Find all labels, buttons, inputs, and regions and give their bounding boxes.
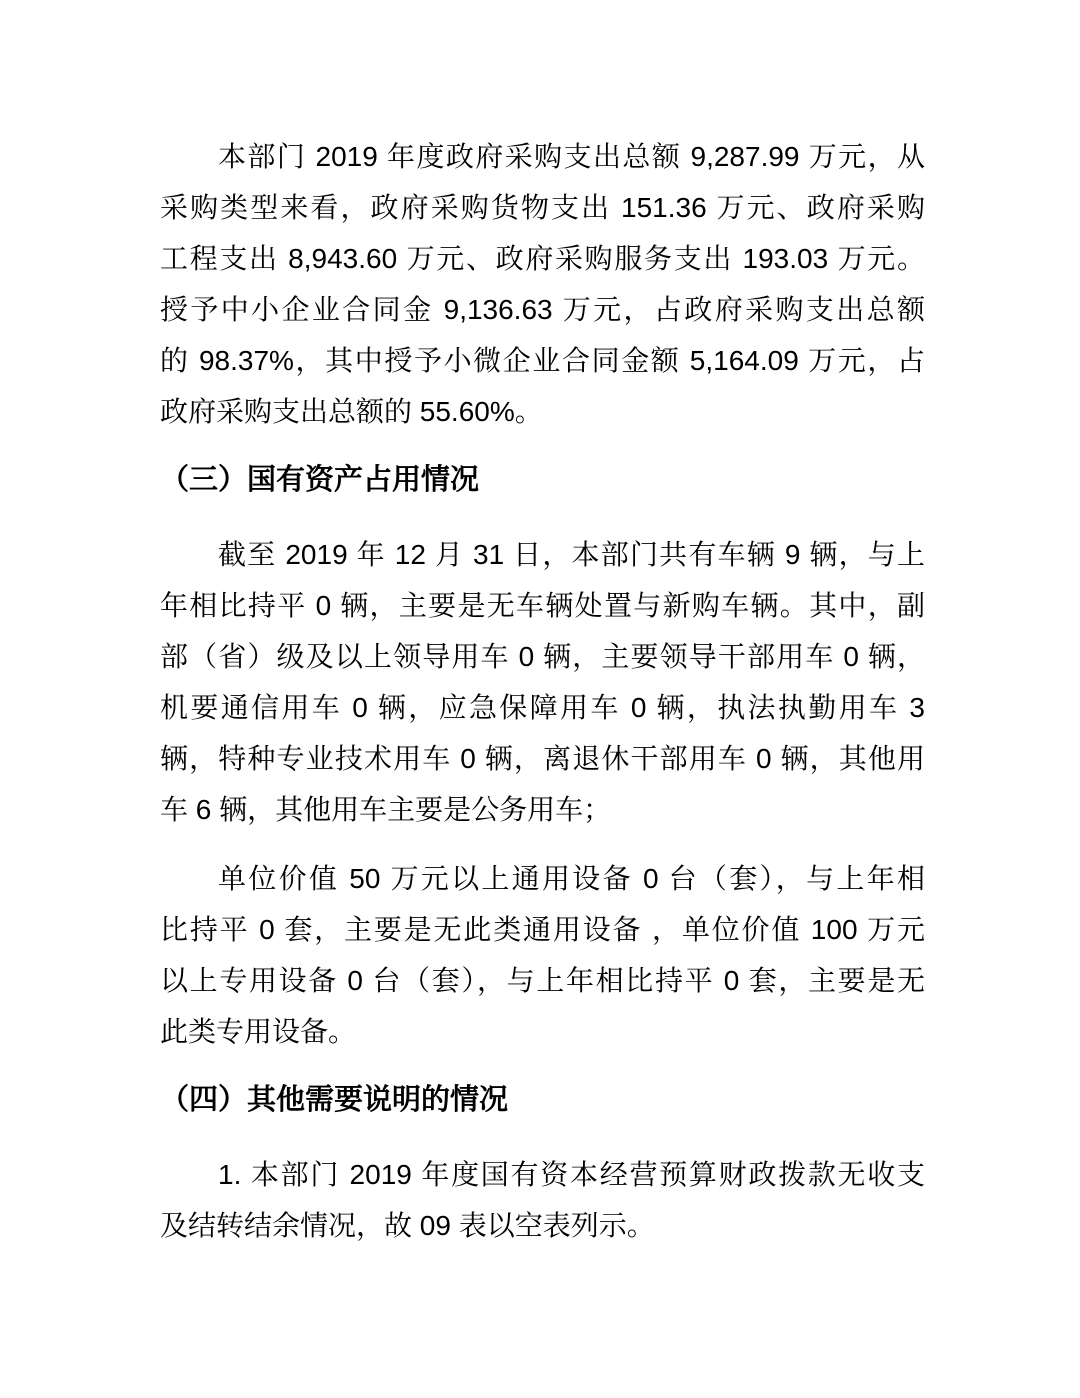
paragraph-line: 截至 2019 年 12 月 31 日，本部门共有车辆 9 辆，与上: [160, 529, 925, 580]
paragraph-line: 的 98.37%，其中授予小微企业合同金额 5,164.09 万元，占: [160, 335, 925, 386]
paragraph-line: 单位价值 50 万元以上通用设备 0 台（套），与上年相: [160, 853, 925, 904]
document-content: 本部门 2019 年度政府采购支出总额 9,287.99 万元，从 采购类型来看…: [0, 0, 1080, 1251]
paragraph-line: 此类专用设备。: [160, 1006, 925, 1057]
paragraph-line: 1. 本部门 2019 年度国有资本经营预算财政拨款无收支: [160, 1149, 925, 1200]
section-heading-other-notes: （四）其他需要说明的情况: [160, 1075, 925, 1126]
paragraph-line: 本部门 2019 年度政府采购支出总额 9,287.99 万元，从: [160, 131, 925, 182]
paragraph-vehicles: 截至 2019 年 12 月 31 日，本部门共有车辆 9 辆，与上 年相比持平…: [160, 529, 925, 835]
document-page: 本部门 2019 年度政府采购支出总额 9,287.99 万元，从 采购类型来看…: [0, 0, 1080, 1398]
paragraph-procurement-summary: 本部门 2019 年度政府采购支出总额 9,287.99 万元，从 采购类型来看…: [160, 131, 925, 437]
paragraph-other-note-1: 1. 本部门 2019 年度国有资本经营预算财政拨款无收支 及结转结余情况，故 …: [160, 1149, 925, 1251]
paragraph-line: 工程支出 8,943.60 万元、政府采购服务支出 193.03 万元。: [160, 233, 925, 284]
paragraph-line: 部（省）级及以上领导用车 0 辆，主要领导干部用车 0 辆，: [160, 631, 925, 682]
paragraph-line: 政府采购支出总额的 55.60%。: [160, 386, 925, 437]
paragraph-equipment: 单位价值 50 万元以上通用设备 0 台（套），与上年相 比持平 0 套，主要是…: [160, 853, 925, 1057]
paragraph-line: 机要通信用车 0 辆，应急保障用车 0 辆，执法执勤用车 3: [160, 682, 925, 733]
paragraph-line: 以上专用设备 0 台（套），与上年相比持平 0 套，主要是无: [160, 955, 925, 1006]
paragraph-line: 车 6 辆，其他用车主要是公务用车；: [160, 784, 925, 835]
paragraph-line: 及结转结余情况，故 09 表以空表列示。: [160, 1200, 925, 1251]
paragraph-line: 年相比持平 0 辆，主要是无车辆处置与新购车辆。其中，副: [160, 580, 925, 631]
paragraph-line: 采购类型来看，政府采购货物支出 151.36 万元、政府采购: [160, 182, 925, 233]
paragraph-line: 比持平 0 套，主要是无此类通用设备 ，单位价值 100 万元: [160, 904, 925, 955]
paragraph-line: 辆，特种专业技术用车 0 辆，离退休干部用车 0 辆，其他用: [160, 733, 925, 784]
paragraph-line: 授予中小企业合同金 9,136.63 万元，占政府采购支出总额: [160, 284, 925, 335]
section-heading-state-assets: （三）国有资产占用情况: [160, 455, 925, 506]
